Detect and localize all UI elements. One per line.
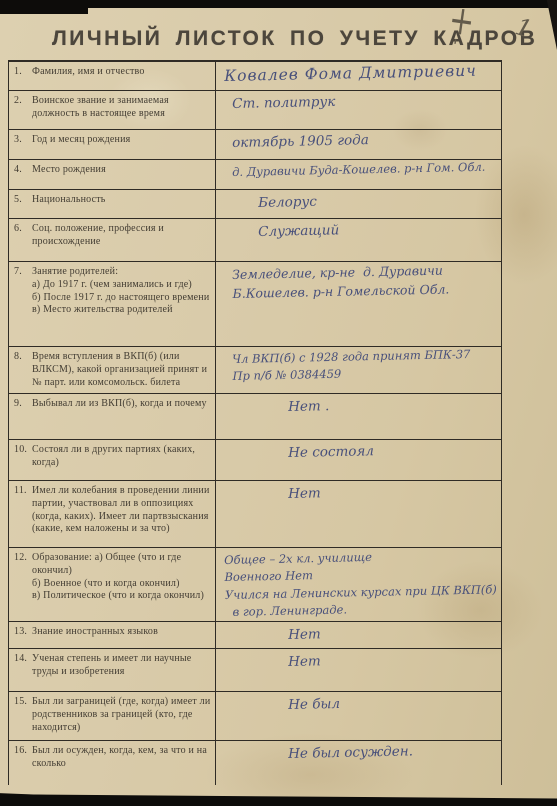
- page-title: ЛИЧНЫЙ ЛИСТОК ПО УЧЕТУ КАДРОВ: [52, 27, 512, 51]
- personnel-form-table: 1.Фамилия, имя и отчество Ковалев Фома Д…: [8, 60, 502, 785]
- row-number: 4.: [14, 164, 32, 187]
- field-label: Фамилия, имя и отчество: [32, 66, 212, 88]
- field-value-handwritten: Нет: [288, 649, 497, 672]
- form-row: 3.Год и месяц рождения октябрь 1905 года: [9, 130, 501, 160]
- field-label: Занятие родителей: а) До 1917 г. (чем за…: [32, 266, 212, 344]
- field-value-handwritten: Общее – 2х кл. училище Военного Нет Учил…: [224, 546, 498, 621]
- field-value-handwritten: Нет: [288, 481, 497, 504]
- field-label: Знание иностранных языков: [32, 626, 212, 646]
- field-value-handwritten: Ст. политрук: [232, 89, 497, 113]
- field-label: Имел ли колебания в проведении линии пар…: [32, 485, 212, 545]
- field-value-handwritten: Не был: [288, 692, 497, 715]
- row-number: 1.: [14, 66, 32, 88]
- field-value-handwritten: Белорус: [258, 189, 497, 212]
- field-label: Был ли осужден, когда, кем, за что и на …: [32, 745, 212, 783]
- form-row: 7.Занятие родителей: а) До 1917 г. (чем …: [9, 262, 501, 347]
- field-value-handwritten: октябрь 1905 года: [232, 128, 497, 152]
- form-row: 6.Соц. положение, профессия и происхожде…: [9, 219, 501, 262]
- field-label: Ученая степень и имеет ли научные труды …: [32, 653, 212, 689]
- field-label: Выбывал ли из ВКП(б), когда и почему: [32, 398, 212, 437]
- field-value-handwritten: Служащий: [258, 218, 497, 241]
- document-page: ЛИЧНЫЙ ЛИСТОК ПО УЧЕТУ КАДРОВ 1.Фамилия,…: [0, 0, 557, 806]
- field-value-handwritten: Не состоял: [288, 440, 497, 463]
- row-number: 2.: [14, 95, 32, 127]
- field-value-handwritten: Нет: [288, 622, 497, 645]
- row-number: 3.: [14, 134, 32, 157]
- row-number: 16.: [14, 745, 32, 783]
- form-row: 16.Был ли осужден, когда, кем, за что и …: [9, 741, 501, 785]
- field-value-handwritten: Чл ВКП(б) с 1928 года принят БПК-37 Пр п…: [232, 345, 498, 385]
- row-number: 15.: [14, 696, 32, 738]
- row-number: 11.: [14, 485, 32, 545]
- form-row: 15.Был ли заграницей (где, когда) имеет …: [9, 692, 501, 741]
- field-label: Год и месяц рождения: [32, 134, 212, 157]
- row-number: 8.: [14, 351, 32, 391]
- form-row: 14.Ученая степень и имеет ли научные тру…: [9, 649, 501, 692]
- form-row: 10.Состоял ли в других партиях (каких, к…: [9, 440, 501, 481]
- row-number: 10.: [14, 444, 32, 478]
- form-row: 12.Образование: а) Общее (что и где окон…: [9, 548, 501, 622]
- form-row: 4.Место рождения д. Дуравичи Буда-Кошеле…: [9, 160, 501, 190]
- form-row: 5.Национальность Белорус: [9, 190, 501, 219]
- field-label: Образование: а) Общее (что и где окончил…: [32, 552, 212, 619]
- field-label: Воинское звание и занимаемая должность в…: [32, 95, 212, 127]
- field-label: Состоял ли в других партиях (каких, когд…: [32, 444, 212, 478]
- field-value-handwritten: Не был осужден.: [288, 741, 497, 764]
- row-number: 5.: [14, 194, 32, 216]
- row-number: 9.: [14, 398, 32, 437]
- field-label: Был ли заграницей (где, когда) имеет ли …: [32, 696, 212, 738]
- form-row: 9.Выбывал ли из ВКП(б), когда и почему Н…: [9, 394, 501, 440]
- form-row: 8.Время вступления в ВКП(б) (или ВЛКСМ),…: [9, 347, 501, 394]
- field-label: Национальность: [32, 194, 212, 216]
- field-value-handwritten: д. Дуравичи Буда-Кошелев. р-н Гом. Обл.: [232, 158, 497, 181]
- row-number: 7.: [14, 266, 32, 344]
- form-row: 11.Имел ли колебания в проведении линии …: [9, 481, 501, 548]
- field-value-handwritten: Ковалев Фома Дмитриевич: [224, 60, 497, 87]
- field-label: Время вступления в ВКП(б) (или ВЛКСМ), к…: [32, 351, 212, 391]
- row-number: 13.: [14, 626, 32, 646]
- row-number: 14.: [14, 653, 32, 689]
- field-value-handwritten: Земледелие, кр-не д. Дуравичи Б.Кошелев.…: [232, 260, 498, 303]
- field-value-handwritten: Нет .: [288, 394, 497, 417]
- scan-edge-top-left: [0, 0, 88, 14]
- row-number: 6.: [14, 223, 32, 259]
- form-row: 2.Воинское звание и занимаемая должность…: [9, 91, 501, 130]
- field-label: Место рождения: [32, 164, 212, 187]
- form-row: 1.Фамилия, имя и отчество Ковалев Фома Д…: [9, 62, 501, 91]
- form-row: 13.Знание иностранных языков Нет: [9, 622, 501, 649]
- row-number: 12.: [14, 552, 32, 619]
- field-label: Соц. положение, профессия и происхождени…: [32, 223, 212, 259]
